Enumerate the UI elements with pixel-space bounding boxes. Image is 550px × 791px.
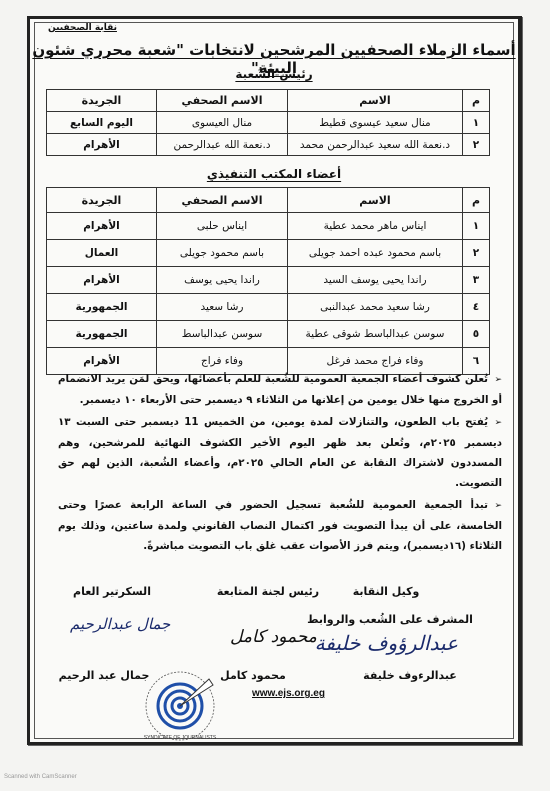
col-name: الاسم xyxy=(288,188,463,213)
president-section-title: رئيس الشُعبة xyxy=(30,67,518,81)
col-pen-name: الاسم الصحفي xyxy=(157,90,288,112)
scanner-watermark: Scanned with CamScanner xyxy=(4,774,77,780)
document-frame: نقابة الصحفيين أسماء الزملاء الصحفيين ال… xyxy=(27,16,522,745)
table-header-row: م الاسم الاسم الصحفي الجريدة xyxy=(47,188,490,213)
table-row: ١ منال سعيد عيسوى قطيط منال العيسوى اليو… xyxy=(47,112,490,134)
deputy-subtitle: المشرف على الشُعب والروابط xyxy=(300,613,480,626)
secretary-signature: جمال عبدالرحيم xyxy=(70,615,170,633)
table-row: ٤ رشا سعيد محمد عبدالنبى رشا سعيد الجمهو… xyxy=(47,294,490,321)
col-newspaper: الجريدة xyxy=(47,188,157,213)
committee-head-title: رئيس لجنة المتابعة xyxy=(198,585,338,598)
executive-table: م الاسم الاسم الصحفي الجريدة ١ ايناس ماه… xyxy=(46,187,490,375)
table-row: ٣ راندا يحيى يوسف السيد راندا يحيى يوسف … xyxy=(47,267,490,294)
website-link[interactable]: www.ejs.org.eg xyxy=(252,688,325,699)
deputy-name: عبدالرءوف خليفة xyxy=(350,669,470,682)
col-number: م xyxy=(463,188,490,213)
arrow-bullet-icon: ➢ xyxy=(488,496,502,516)
note-item: ➢تُعلن كشوف أعضاء الجمعية العمومية للشُع… xyxy=(58,369,502,410)
committee-head-name: محمود كامل xyxy=(208,669,298,682)
col-newspaper: الجريدة xyxy=(47,90,157,112)
secretary-title: السكرتير العام xyxy=(52,585,172,598)
table-row: ٢ باسم محمود عبده احمد جويلى باسم محمود … xyxy=(47,240,490,267)
syndicate-seal-icon: SYNDICATE OF JOURNALISTS xyxy=(143,669,217,743)
note-item: ➢يُفتح باب الطعون، والتنازلات لمدة يومين… xyxy=(58,412,502,493)
table-row: ١ ايناس ماهر محمد عطية ايناس حلبى الأهرا… xyxy=(47,213,490,240)
table-row: ٥ سوسن عبدالباسط شوقى عطية سوسن عبدالباس… xyxy=(47,321,490,348)
note-item: ➢تبدأ الجمعية العمومية للشُعبة تسجيل الح… xyxy=(58,495,502,556)
president-table: م الاسم الاسم الصحفي الجريدة ١ منال سعيد… xyxy=(46,89,490,156)
deputy-signature: عبدالرؤوف خليفة xyxy=(315,631,458,655)
col-name: الاسم xyxy=(288,90,463,112)
col-pen-name: الاسم الصحفي xyxy=(157,188,288,213)
org-label: نقابة الصحفيين xyxy=(48,23,117,33)
seal-english-text: SYNDICATE OF JOURNALISTS xyxy=(144,735,217,741)
notes-list: ➢تُعلن كشوف أعضاء الجمعية العمومية للشُع… xyxy=(58,369,502,556)
table-row: ٢ د.نعمة الله سعيد عبدالرحمن محمد د.نعمة… xyxy=(47,134,490,156)
col-number: م xyxy=(463,90,490,112)
arrow-bullet-icon: ➢ xyxy=(488,413,502,433)
table-header-row: م الاسم الاسم الصحفي الجريدة xyxy=(47,90,490,112)
arrow-bullet-icon: ➢ xyxy=(488,370,502,390)
committee-head-signature: محمود كامل xyxy=(230,627,317,647)
executive-section-title: أعضاء المكتب التنفيذي xyxy=(30,167,518,181)
